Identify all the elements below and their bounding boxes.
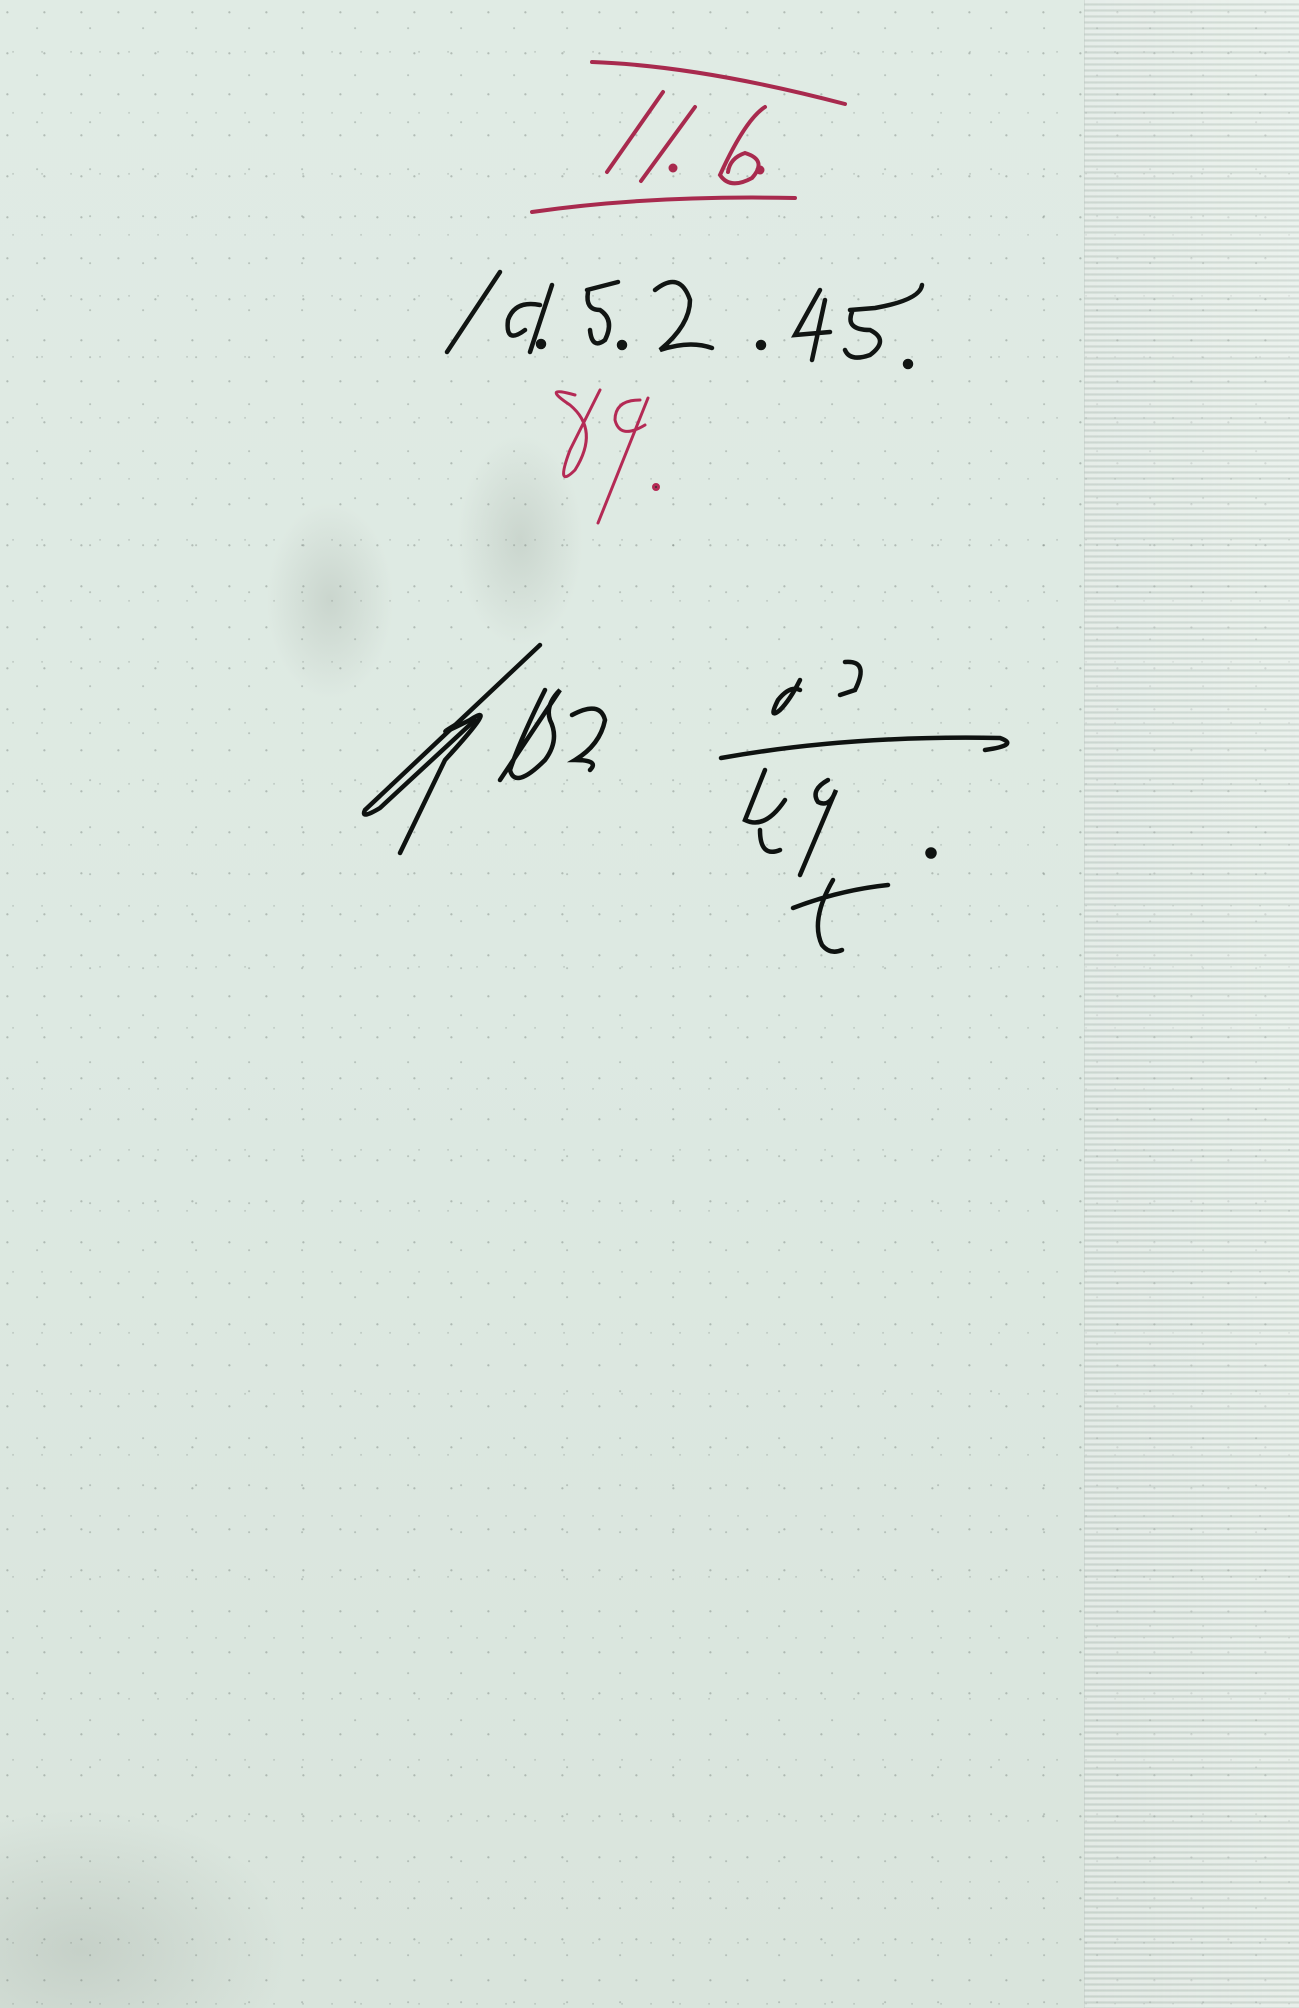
- document-card: II.6. 14.5.2.45. 89. 1983 63/49 t: [0, 0, 1299, 2008]
- item-number-handwriting: [556, 390, 658, 523]
- handwriting-layer: [0, 0, 1299, 2008]
- catalog-number-handwriting: [447, 272, 922, 367]
- inventory-notation-handwriting: [364, 645, 1007, 952]
- section-mark-handwriting: [532, 62, 845, 212]
